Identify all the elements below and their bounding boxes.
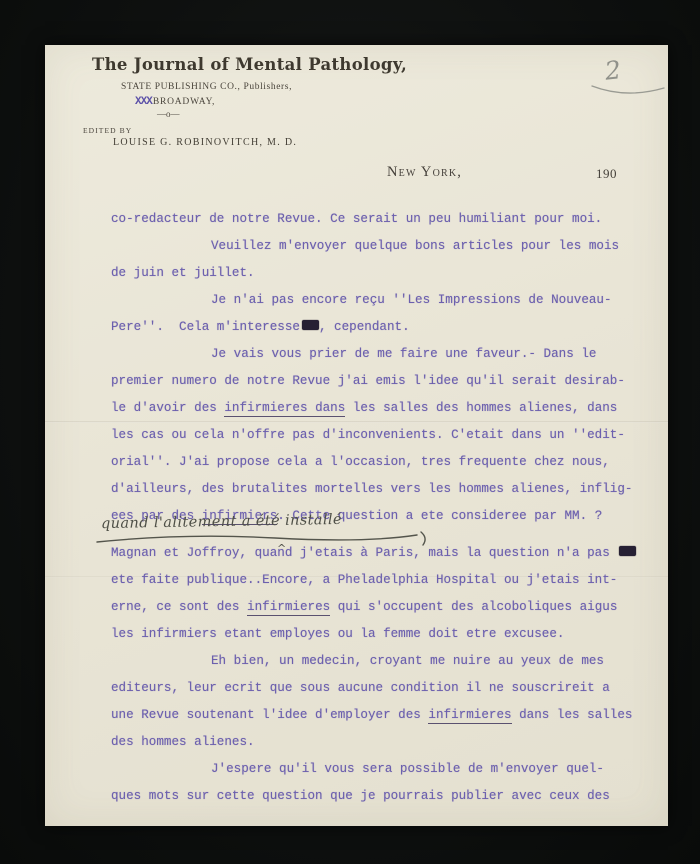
line-text: orial''. J'ai propose cela a l'occasion,… — [111, 455, 610, 469]
letter-line: les infirmiers etant employes ou la femm… — [111, 621, 645, 648]
line-text: d'ailleurs, des brutalites mortelles ver… — [111, 482, 632, 496]
line-text: premier numero de notre Revue j'ai emis … — [111, 374, 625, 388]
journal-title: The Journal of Mental Pathology, — [92, 55, 407, 74]
editor-name: LOUISE G. ROBINOVITCH, M. D. — [113, 137, 297, 148]
line-text: qui s'occupent des alcoboliques aigus — [330, 600, 617, 614]
letter-line: d'ailleurs, des brutalites mortelles ver… — [111, 476, 645, 503]
line-text: Je vais vous prier de me faire une faveu… — [211, 347, 596, 361]
letter-line: Veuillez m'envoyer quelque bons articles… — [111, 233, 645, 260]
line-text: , cependant. — [319, 320, 410, 334]
ink-blot — [302, 320, 319, 330]
edited-by-label: EDITED BY — [83, 126, 132, 135]
line-text: erne, ce sont des — [111, 600, 247, 614]
letter-line: des hommes alienes. — [111, 729, 645, 756]
letter-line: J'espere qu'il vous sera possible de m'e… — [111, 756, 645, 783]
line-text: les salles des hommes alienes, dans — [345, 401, 617, 415]
letter-line: orial''. J'ai propose cela a l'occasion,… — [111, 449, 645, 476]
line-text: une Revue soutenant l'idee d'employer de… — [111, 708, 428, 722]
line-text: infirmieres dans — [224, 401, 345, 417]
letter-line: co-redacteur de notre Revue. Ce serait u… — [111, 206, 645, 233]
letter-line: Je n'ai pas encore reçu ''Les Impression… — [111, 287, 645, 314]
insertion-underline-stroke — [95, 531, 435, 547]
letter-line: le d'avoir des infirmieres dans les sall… — [111, 395, 645, 422]
line-text: des hommes alienes. — [111, 735, 255, 749]
line-text: infirmieres — [247, 600, 330, 616]
ink-blot — [619, 546, 636, 556]
dateline-city: New York, — [387, 164, 462, 181]
letter-line: premier numero de notre Revue j'ai emis … — [111, 368, 645, 395]
letter-line: editeurs, leur ecrit que sous aucune con… — [111, 675, 645, 702]
line-text: les infirmiers etant employes ou la femm… — [111, 627, 564, 641]
letter-line: Je vais vous prier de me faire une faveu… — [111, 341, 645, 368]
line-text: le d'avoir des — [111, 401, 224, 415]
pencil-underline-stroke — [590, 81, 668, 101]
line-text: Eh bien, un medecin, croyant me nuire au… — [211, 654, 604, 668]
line-text: J'espere qu'il vous sera possible de m'e… — [211, 762, 604, 776]
letter-line: Eh bien, un medecin, croyant me nuire au… — [111, 648, 645, 675]
line-text: co-redacteur de notre Revue. Ce serait u… — [111, 212, 602, 226]
dateline-year-stub: 190 — [596, 166, 617, 182]
line-text: editeurs, leur ecrit que sous aucune con… — [111, 681, 610, 695]
insertion-caret: ^ — [277, 542, 286, 555]
letter-line: ete faite publique..Encore, a Pheladelph… — [111, 567, 645, 594]
letter-body: co-redacteur de notre Revue. Ce serait u… — [111, 206, 645, 810]
letter-line: ques mots sur cette question que je pour… — [111, 783, 645, 810]
letter-paper: The Journal of Mental Pathology, STATE P… — [45, 45, 668, 826]
letter-line: erne, ce sont des infirmieres qui s'occu… — [111, 594, 645, 621]
line-text: Pere''. Cela m'interesse — [111, 320, 300, 334]
address-line: XXXBROADWAY, — [135, 96, 215, 108]
line-text: de juin et juillet. — [111, 266, 255, 280]
letter-line: de juin et juillet. — [111, 260, 645, 287]
address-street: BROADWAY, — [153, 97, 215, 107]
line-text: Je n'ai pas encore reçu ''Les Impression… — [211, 293, 612, 307]
line-text: Veuillez m'envoyer quelque bons articles… — [211, 239, 619, 253]
letter-line: une Revue soutenant l'idee d'employer de… — [111, 702, 645, 729]
line-text: les cas ou cela n'offre pas d'inconvenie… — [111, 428, 625, 442]
letter-line: les cas ou cela n'offre pas d'inconvenie… — [111, 422, 645, 449]
struck-address-number: XXX — [135, 96, 152, 108]
line-text: dans les salles — [512, 708, 633, 722]
line-text: ete faite publique..Encore, a Pheladelph… — [111, 573, 617, 587]
line-text: infirmieres — [428, 708, 511, 724]
scanned-letter-page: { "colors": { "background": "#0e100f", "… — [0, 0, 700, 864]
publisher-line: STATE PUBLISHING CO., Publishers, — [121, 82, 292, 92]
line-text: ques mots sur cette question que je pour… — [111, 789, 610, 803]
line-text: Magnan et Joffroy, quand j'etais à Paris… — [111, 546, 617, 560]
letter-line: Pere''. Cela m'interesse, cependant. — [111, 314, 645, 341]
letterhead-divider: —o— — [157, 109, 180, 119]
